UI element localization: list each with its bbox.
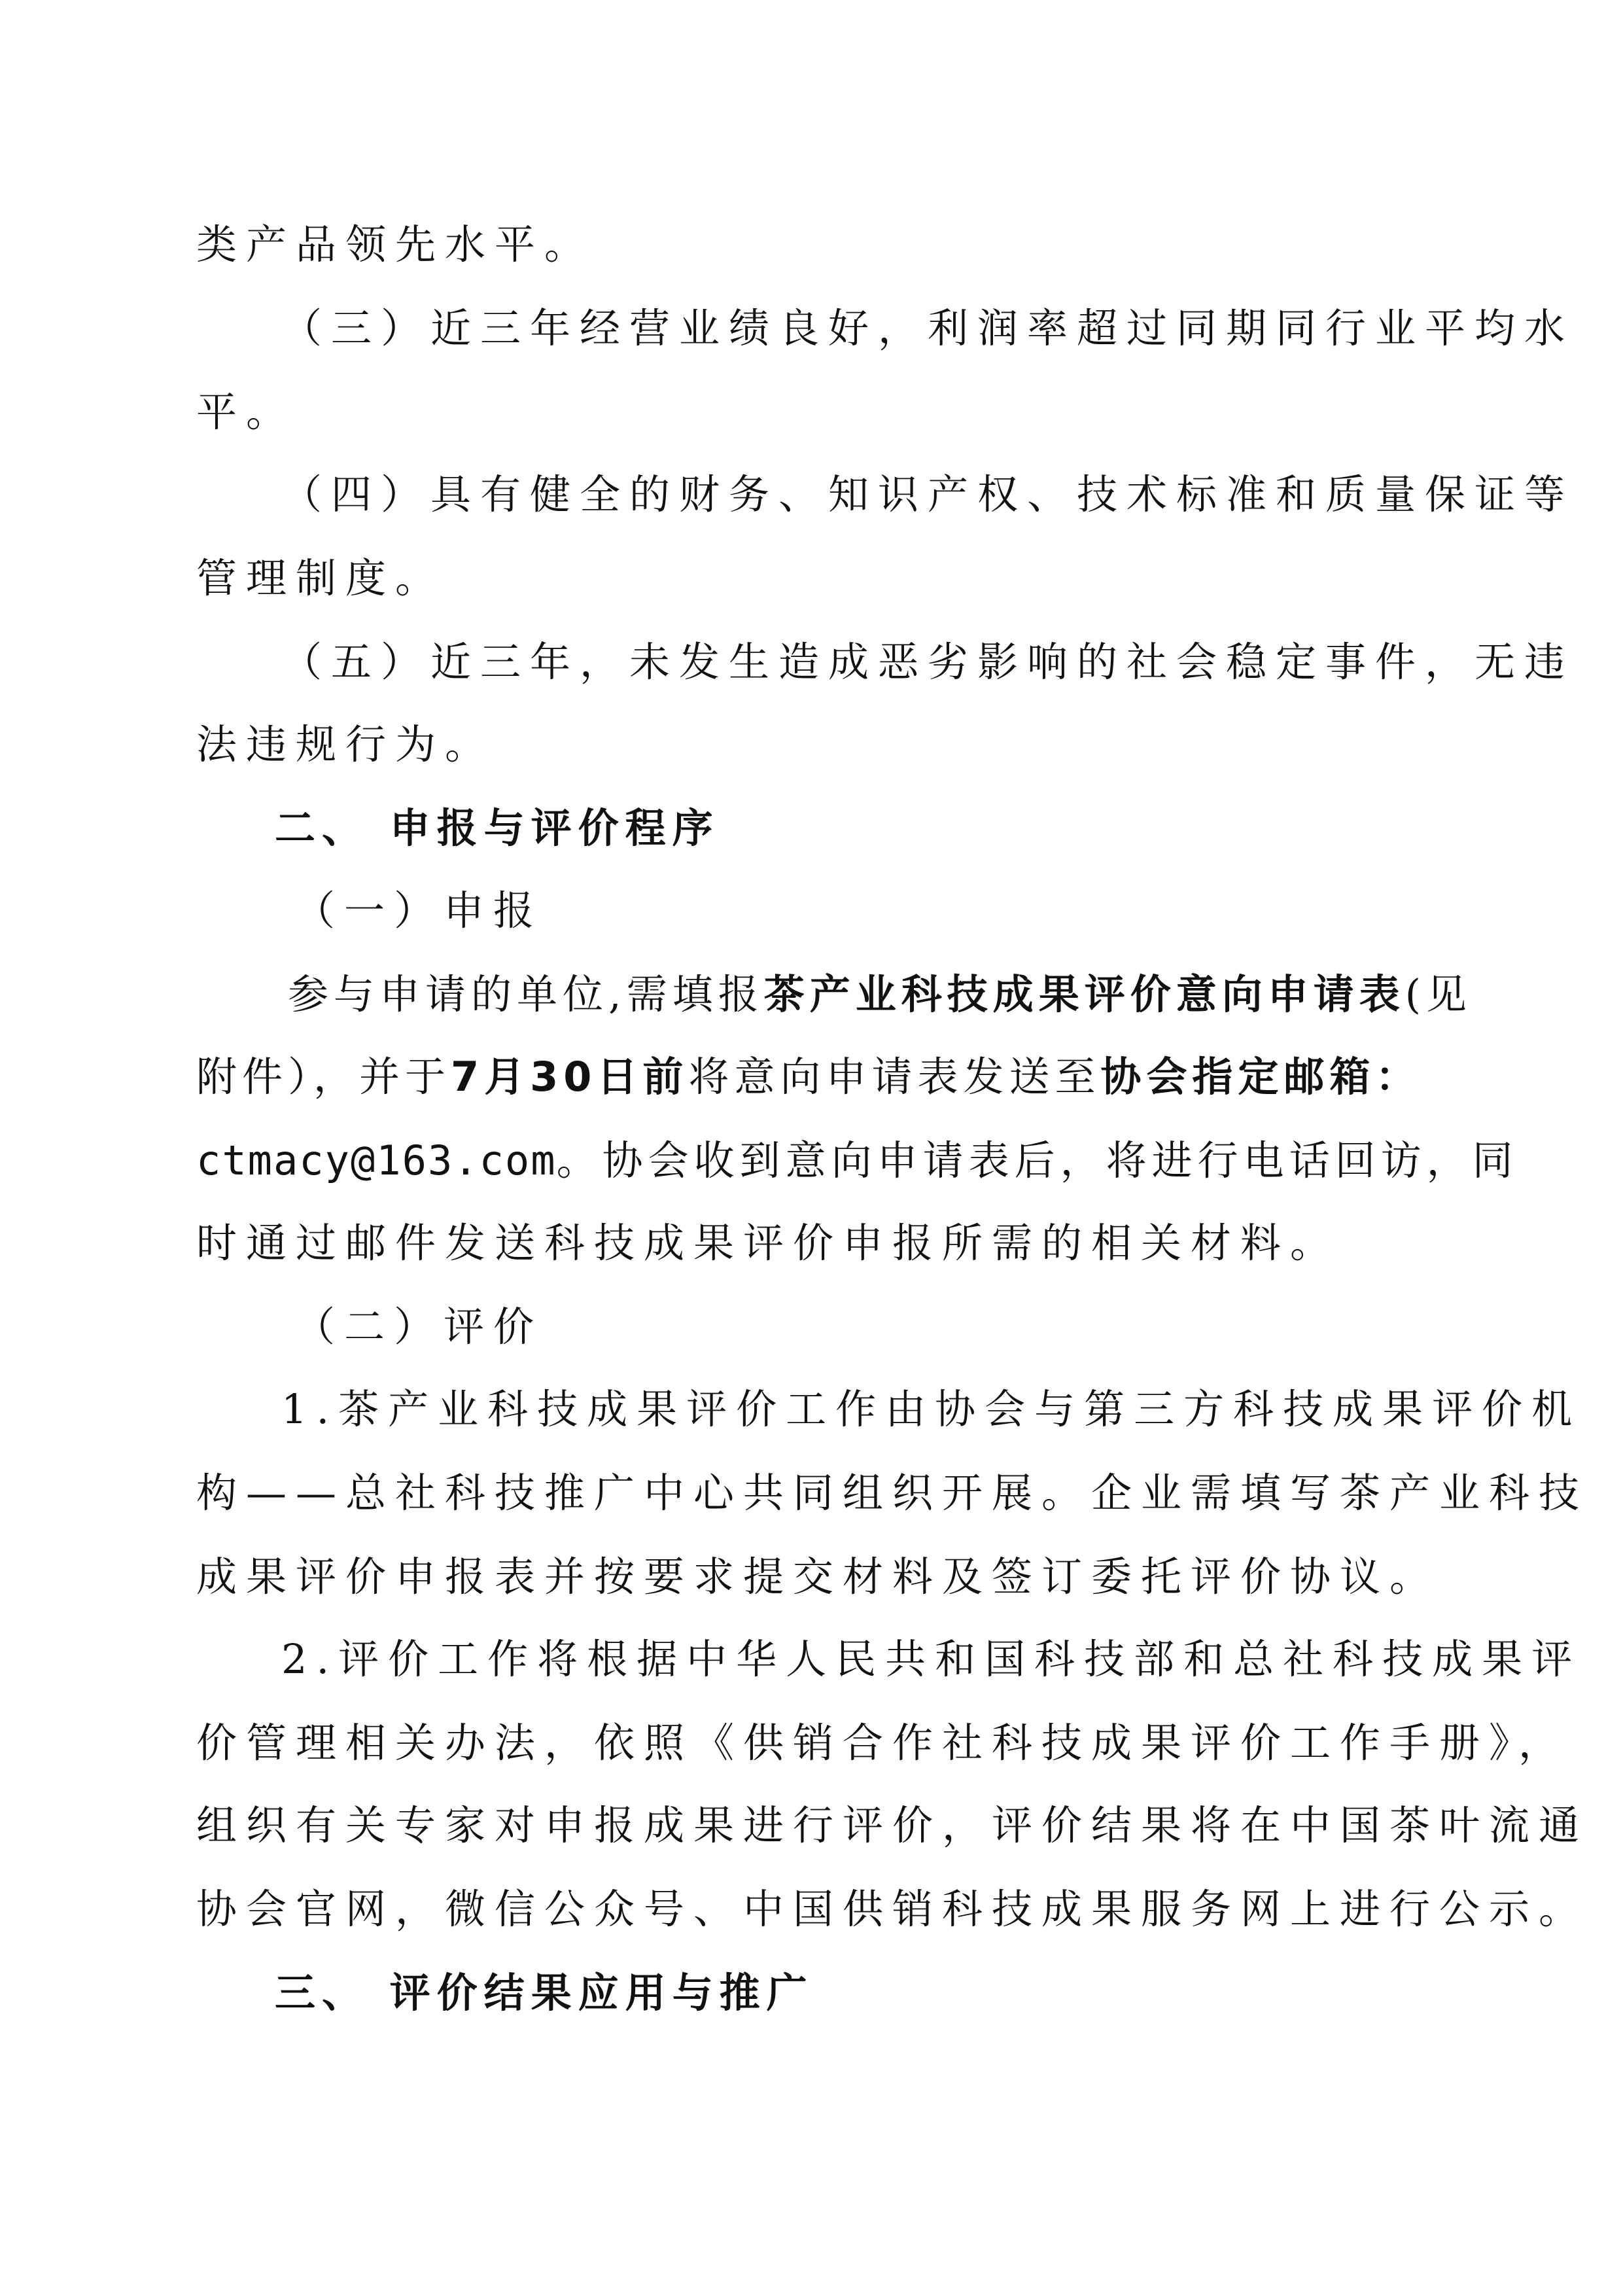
deadline: 7月30日前 <box>451 1053 688 1101</box>
apply-text: 。协会收到意向申请表后，将进行电话回访，同 <box>557 1137 1518 1184</box>
apply-text: 将意向申请表发送至 <box>688 1053 1100 1101</box>
evaluation-item-1-line-3: 成果评价申报表并按要求提交材料及签订委托评价协议。 <box>196 1540 1426 1613</box>
apply-paragraph-line-2: 附件），并于7月30日前将意向申请表发送至协会指定邮箱： <box>196 1040 1426 1113</box>
subsection-heading-apply: （一）申报 <box>294 874 1439 947</box>
apply-paragraph-line-3: ctmacy@163.com。协会收到意向申请表后，将进行电话回访，同 <box>196 1124 1426 1197</box>
criterion-3-line-1: （三）近三年经营业绩良好，利润率超过同期同行业平均水 <box>281 292 1426 364</box>
apply-paragraph-line-1: 参与申请的单位,需填报茶产业科技成果评价意向申请表(见 <box>288 958 1433 1031</box>
designated-email-label: 协会指定邮箱： <box>1100 1053 1421 1101</box>
criterion-3-line-2: 平。 <box>196 376 1426 448</box>
evaluation-item-2-line-1: 2.评价工作将根据中华人民共和国科技部和总社科技成果评 <box>281 1623 1426 1695</box>
apply-paragraph-line-4: 时通过邮件发送科技成果评价申报所需的相关材料。 <box>196 1207 1426 1279</box>
criterion-4-line-2: 管理制度。 <box>196 542 1426 614</box>
apply-text: (见 <box>1405 970 1472 1018</box>
evaluation-item-2-line-3: 组织有关专家对申报成果进行评价，评价结果将在中国茶叶流通 <box>196 1789 1426 1862</box>
application-form-name: 茶产业科技成果评价意向申请表 <box>764 970 1405 1018</box>
email-address: ctmacy@163.com <box>196 1137 557 1184</box>
evaluation-item-2-line-4: 协会官网，微信公众号、中国供销科技成果服务网上进行公示。 <box>196 1873 1426 1945</box>
paragraph-line: 类产品领先水平。 <box>196 208 1426 281</box>
apply-text: 附件），并于 <box>196 1053 451 1101</box>
evaluation-item-1-line-1: 1.茶产业科技成果评价工作由协会与第三方科技成果评价机 <box>281 1373 1426 1445</box>
evaluation-item-1-line-2: 构——总社科技推广中心共同组织开展。企业需填写茶产业科技 <box>196 1457 1426 1529</box>
evaluation-item-2-line-2: 价管理相关办法，依照《供销合作社科技成果评价工作手册》， <box>196 1706 1426 1779</box>
document-page: 类产品领先水平。 （三）近三年经营业绩良好，利润率超过同期同行业平均水 平。 （… <box>0 0 1623 2296</box>
criterion-5-line-1: （五）近三年，未发生造成恶劣影响的社会稳定事件，无违 <box>281 626 1426 698</box>
subsection-heading-evaluation: （二）评价 <box>294 1290 1439 1363</box>
section-heading-2: 二、 申报与评价程序 <box>275 792 1505 864</box>
criterion-4-line-1: （四）具有健全的财务、知识产权、技术标准和质量保证等 <box>281 458 1426 531</box>
apply-text: 参与申请的单位,需填报 <box>288 970 764 1018</box>
section-heading-3: 三、 评价结果应用与推广 <box>275 1956 1505 2029</box>
criterion-5-line-2: 法违规行为。 <box>196 708 1426 781</box>
